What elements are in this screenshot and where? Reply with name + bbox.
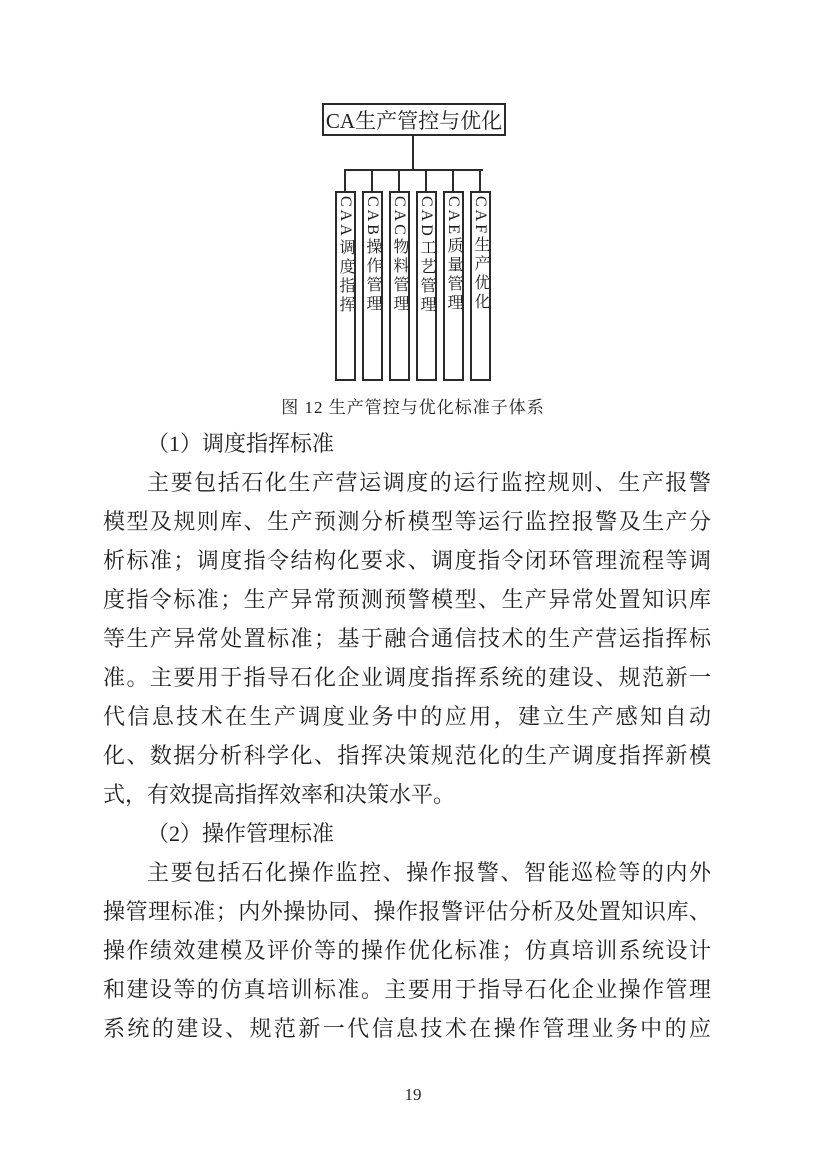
body-line: 模型及规则库、生产预测分析模型等运行监控报警及生产分 bbox=[103, 502, 711, 541]
connector-stub-line bbox=[425, 171, 427, 191]
org-root-label: CA生产管控与优化 bbox=[326, 105, 502, 135]
body-line: 主要包括石化生产营运调度的运行监控规则、生产报警 bbox=[103, 463, 711, 502]
body-line: 析标准；调度指令结构化要求、调度指令闭环管理流程等调 bbox=[103, 541, 711, 580]
section-1-heading: （1）调度指挥标准 bbox=[103, 424, 711, 463]
body-line: 化、数据分析科学化、指挥决策规范化的生产调度指挥新模 bbox=[103, 736, 711, 775]
org-child-node-caa: CAA调度指挥 bbox=[335, 191, 356, 381]
body-line: 准。主要用于指导石化企业调度指挥系统的建设、规范新一 bbox=[103, 658, 711, 697]
connector-stub-line bbox=[344, 171, 346, 191]
connector-stub-line bbox=[479, 171, 481, 191]
org-child-label: CAC物料管理 bbox=[391, 196, 408, 379]
org-child-label: CAD工艺管理 bbox=[418, 196, 435, 379]
connector-horizontal-line bbox=[344, 169, 483, 171]
body-line: 式，有效提高指挥效率和决策水平。 bbox=[103, 775, 711, 814]
body-line: 系统的建设、规范新一代信息技术在操作管理业务中的应 bbox=[103, 1009, 711, 1048]
org-child-label: CAF生产优化 bbox=[472, 196, 489, 379]
body-text: （1）调度指挥标准 主要包括石化生产营运调度的运行监控规则、生产报警 模型及规则… bbox=[103, 424, 711, 1048]
body-line: 主要包括石化操作监控、操作报警、智能巡检等的内外 bbox=[103, 853, 711, 892]
figure-caption: 图 12 生产管控与优化标准子体系 bbox=[0, 393, 826, 418]
org-child-node-cac: CAC物料管理 bbox=[389, 191, 410, 381]
body-line: 度指令标准；生产异常预测预警模型、生产异常处置知识库 bbox=[103, 580, 711, 619]
org-child-node-cab: CAB操作管理 bbox=[362, 191, 383, 381]
org-child-node-cad: CAD工艺管理 bbox=[416, 191, 437, 381]
org-child-label: CAB操作管理 bbox=[364, 196, 381, 379]
page-number: 19 bbox=[0, 1085, 826, 1105]
connector-stub-line bbox=[452, 171, 454, 191]
connector-stub-line bbox=[398, 171, 400, 191]
org-child-node-cae: CAE质量管理 bbox=[443, 191, 464, 381]
connector-trunk-line bbox=[412, 136, 414, 171]
org-child-label: CAA调度指挥 bbox=[337, 196, 354, 379]
body-line: 和建设等的仿真培训标准。主要用于指导石化企业操作管理 bbox=[103, 970, 711, 1009]
connector-stub-line bbox=[371, 171, 373, 191]
body-line: 操作绩效建模及评价等的操作优化标准；仿真培训系统设计 bbox=[103, 931, 711, 970]
body-line: 代信息技术在生产调度业务中的应用，建立生产感知自动 bbox=[103, 697, 711, 736]
body-line: 等生产异常处置标准；基于融合通信技术的生产营运指挥标 bbox=[103, 619, 711, 658]
org-child-node-caf: CAF生产优化 bbox=[470, 191, 491, 381]
section-2-heading: （2）操作管理标准 bbox=[103, 814, 711, 853]
org-child-label: CAE质量管理 bbox=[445, 196, 462, 379]
org-root-node: CA生产管控与优化 bbox=[322, 103, 506, 136]
body-line: 操管理标准；内外操协同、操作报警评估分析及处置知识库、 bbox=[103, 892, 711, 931]
document-page: CA生产管控与优化 CAA调度指挥 CAB操作管理 CAC物料管理 CAD工艺管… bbox=[0, 0, 826, 1169]
